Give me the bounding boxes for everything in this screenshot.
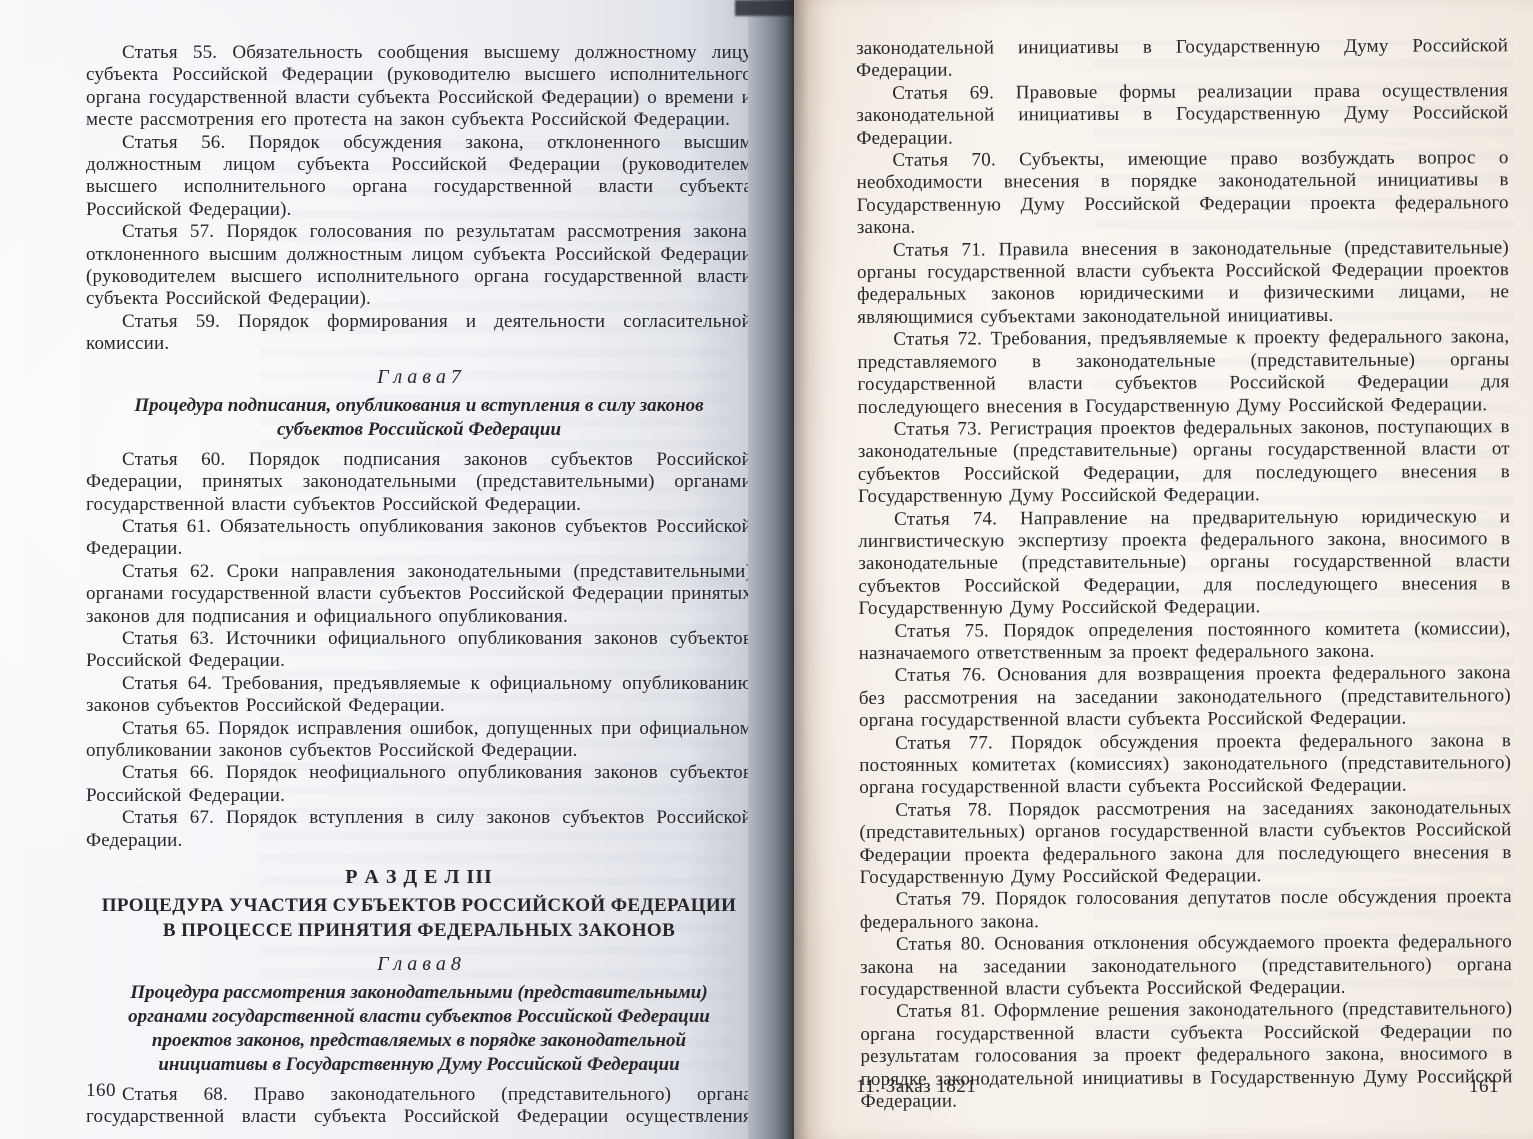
article-62: Статья 62. Сроки направления законодател… xyxy=(86,561,752,628)
chapter-8-heading: Г л а в а 8 xyxy=(86,952,752,976)
article-65: Статья 65. Порядок исправления ошибок, д… xyxy=(86,718,752,763)
article-75: Статья 75. Порядок определения постоянно… xyxy=(859,618,1511,666)
section-3-block: Р А З Д Е Л III ПРОЦЕДУРА УЧАСТИЯ СУБЪЕК… xyxy=(86,865,752,943)
section-3-heading: Р А З Д Е Л III xyxy=(86,865,752,890)
article-80: Статья 80. Основания отклонения обсуждае… xyxy=(860,931,1512,1001)
article-72: Статья 72. Требования, предъявляемые к п… xyxy=(857,326,1509,418)
left-page: Статья 55. Обязательность сообщения высш… xyxy=(0,0,748,1139)
article-74: Статья 74. Направление на предварительну… xyxy=(858,506,1510,621)
article-60: Статья 60. Порядок подписания законов су… xyxy=(86,449,752,516)
article-63: Статья 63. Источники официального опубли… xyxy=(86,628,752,673)
article-71: Статья 71. Правила внесения в законодате… xyxy=(857,237,1509,329)
article-70: Статья 70. Субъекты, имеющие право возбу… xyxy=(856,147,1508,239)
article-76: Статья 76. Основания для возвращения про… xyxy=(859,663,1511,733)
left-page-number: 160 xyxy=(86,1080,116,1102)
print-order-note: 11. Заказ 1821 xyxy=(856,1076,976,1098)
article-56: Статья 56. Порядок обсуждения закона, от… xyxy=(86,132,752,222)
page-gutter-shadow xyxy=(748,0,794,1139)
article-61: Статья 61. Обязательность опубликования … xyxy=(86,516,752,561)
article-57: Статья 57. Порядок голосования по резуль… xyxy=(86,221,752,311)
right-page: законодательной инициативы в Государстве… xyxy=(794,0,1533,1139)
article-66: Статья 66. Порядок неофициального опубли… xyxy=(86,762,752,807)
right-page-number: 161 xyxy=(1469,1076,1499,1098)
article-64: Статья 64. Требования, предъявляемые к о… xyxy=(86,673,752,718)
article-67: Статья 67. Порядок вступления в силу зак… xyxy=(86,807,752,852)
article-59: Статья 59. Порядок формирования и деятел… xyxy=(86,311,752,356)
chapter-7-subtitle: Процедура подписания, опубликования и вс… xyxy=(86,394,752,442)
article-73: Статья 73. Регистрация проектов федераль… xyxy=(858,416,1510,508)
article-68: Статья 68. Право законодательного (предс… xyxy=(86,1084,752,1129)
chapter-8-subtitle: Процедура рассмотрения законодательными … xyxy=(86,981,752,1077)
chapter-7-heading: Г л а в а 7 xyxy=(86,365,752,389)
article-79: Статья 79. Порядок голосования депутатов… xyxy=(860,887,1512,935)
section-3-title-line-1: ПРОЦЕДУРА УЧАСТИЯ СУБЪЕКТОВ РОССИЙСКОЙ Ф… xyxy=(86,893,752,918)
section-3-title-line-2: В ПРОЦЕССЕ ПРИНЯТИЯ ФЕДЕРАЛЬНЫХ ЗАКОНОВ xyxy=(86,918,752,943)
article-77: Статья 77. Порядок обсуждения проекта фе… xyxy=(859,730,1511,800)
book-spread-scan: Статья 55. Обязательность сообщения высш… xyxy=(0,0,1533,1139)
article-69: Статья 69. Правовые формы реализации пра… xyxy=(856,80,1508,150)
chapter-7-block: Г л а в а 7 Процедура подписания, опубли… xyxy=(86,365,752,442)
chapter-8-block: Г л а в а 8 Процедура рассмотрения закон… xyxy=(86,952,752,1077)
article-78: Статья 78. Порядок рассмотрения на засед… xyxy=(859,797,1511,889)
article-55: Статья 55. Обязательность сообщения высш… xyxy=(86,42,752,132)
right-text-column: законодательной инициативы в Государстве… xyxy=(856,35,1513,1113)
left-text-column: Статья 55. Обязательность сообщения высш… xyxy=(86,42,752,1129)
article-68-continuation: законодательной инициативы в Государстве… xyxy=(856,35,1508,83)
